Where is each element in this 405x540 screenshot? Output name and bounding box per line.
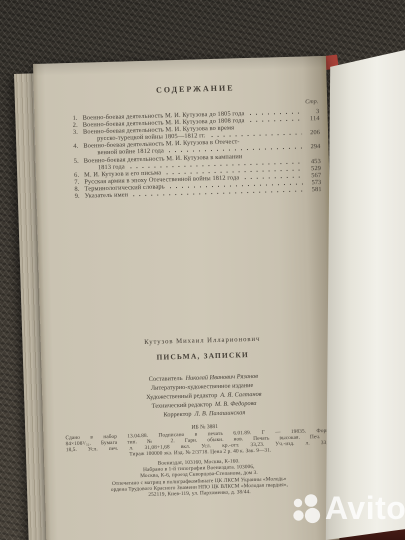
toc-entry-title: Указатель имен: [85, 191, 129, 199]
credit-name: М. В. Федорова: [215, 400, 257, 408]
toc-entry-page: 581: [307, 186, 322, 194]
credit-name: А. Я. Салтанов: [220, 391, 261, 399]
toc-entry-number: 9.: [75, 193, 85, 200]
book-title: ПИСЬМА, ЗАПИСКИ: [79, 348, 326, 364]
book-photo: СОДЕРЖАНИЕ Стр. 1. Военно-боевая деятель…: [0, 0, 405, 540]
toc-entry-number: 3.: [73, 129, 83, 136]
avito-logo-icon: [290, 493, 322, 525]
credit-label: Составитель: [149, 375, 183, 383]
table-of-contents: СОДЕРЖАНИЕ Стр. 1. Военно-боевая деятель…: [72, 81, 322, 200]
credit-name: Л. В. Палашинская: [194, 409, 245, 417]
avito-watermark: Avito: [290, 490, 405, 527]
toc-heading: СОДЕРЖАНИЕ: [72, 81, 319, 97]
watermark-text: Avito: [325, 490, 405, 527]
edition-info: Кутузов Михаил Илларионович ПИСЬМА, ЗАПИ…: [79, 334, 329, 434]
credit-label: Корректор: [163, 411, 191, 419]
toc-entry-number: 4.: [73, 143, 83, 150]
book-author: Кутузов Михаил Илларионович: [79, 334, 326, 348]
facing-page: [317, 44, 405, 540]
colophon-page: СОДЕРЖАНИЕ Стр. 1. Военно-боевая деятель…: [33, 56, 339, 540]
toc-entry-number: 5.: [74, 157, 84, 164]
